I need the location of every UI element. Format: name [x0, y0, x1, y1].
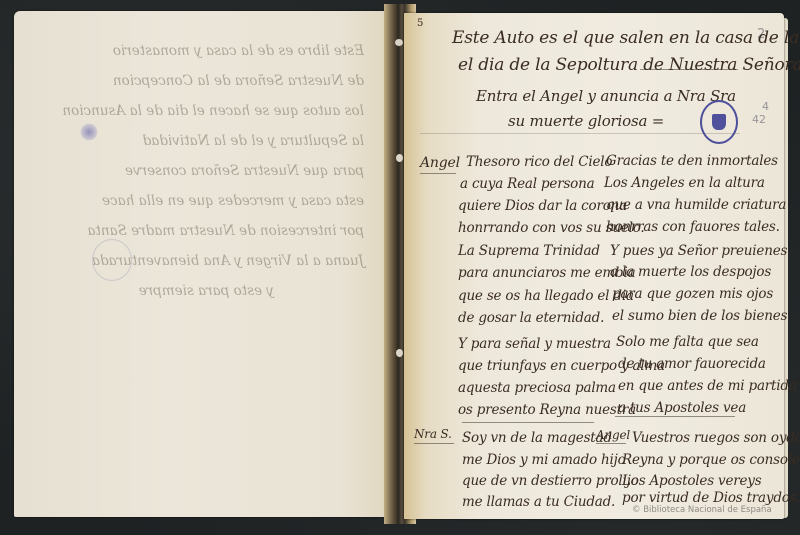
verse-line: que a vna humilde criatura — [606, 197, 786, 213]
copyright-watermark: © Biblioteca Nacional de España — [632, 505, 772, 515]
verse-line: La Suprema Trinidad — [458, 243, 600, 259]
verse-line: Solo me falta que sea — [616, 334, 759, 350]
crest-icon — [712, 114, 726, 130]
speaker-underline — [420, 173, 456, 174]
bleed-line: esta casa y mercedes que en ella hace — [59, 186, 364, 216]
verse-line: quiere Dios dar la corona — [458, 198, 627, 214]
verse-line: honrras con fauores tales. — [606, 219, 780, 235]
stanza-rule — [615, 416, 735, 417]
verse-line: por virtud de Dios traydos. — [622, 490, 800, 506]
section-rule — [420, 133, 740, 134]
pencil-number: 42 — [752, 113, 766, 126]
speaker-label: Nra S. — [414, 427, 452, 441]
verse-line: Vuestros ruegos son oydos — [632, 430, 800, 446]
verse-line: a cuya Real persona — [460, 176, 594, 192]
verse-line: a tus Apostoles vea — [618, 400, 746, 416]
verse-line: os presento Reyna nuestra — [458, 402, 636, 418]
verse-line: Reyna y porque os consoleys — [622, 452, 800, 468]
verse-line: Thesoro rico del Cielo — [466, 154, 612, 170]
verse-line: Y para señal y muestra — [458, 336, 611, 352]
speaker-label: Angel — [420, 155, 460, 171]
verse-line: Los Angeles en la altura — [604, 175, 765, 191]
verse-line: en que antes de mi partida — [618, 378, 797, 394]
verse-line: de gosar la eternidad. — [458, 310, 604, 326]
speaker-label: Angel — [596, 428, 630, 442]
bleed-line: los autos que se hacen el dia de la Asun… — [59, 96, 364, 126]
verse-line: Soy vn de la magestad — [462, 430, 612, 446]
play-title-line-1: Este Auto es el que salen en la casa de … — [452, 28, 800, 48]
stage-direction-line-2: su muerte gloriosa = — [508, 112, 664, 130]
verse-line: de tu amor fauorecida — [618, 356, 766, 372]
play-title-line-2: el dia de la Sepoltura de Nuestra Señora — [458, 55, 800, 75]
verse-line: Los Apostoles vereys — [622, 473, 761, 489]
stanza-rule — [462, 422, 594, 423]
verse-line: aquesta preciosa palma — [458, 380, 616, 396]
pencil-number: 4 — [762, 100, 769, 113]
binding-knot — [395, 39, 403, 46]
bleed-line: para que Nuestra Señora conserve — [59, 156, 364, 186]
verse-line: para que gozen mis ojos — [612, 286, 773, 302]
verse-line: me Dios y mi amado hijo — [462, 452, 626, 468]
verse-line: que se os ha llegado el dia — [458, 288, 634, 304]
bleed-line: de Nuestra Señora de la Concepcion — [59, 66, 364, 96]
library-stamp — [700, 100, 738, 144]
flourish-rule — [640, 69, 738, 70]
bleed-line: Este libro es de la casa y monasterio — [59, 36, 364, 66]
ink-stain — [80, 123, 98, 141]
ghost-stamp-bleed — [92, 239, 132, 281]
verse-line: el sumo bien de los bienes — [612, 308, 787, 324]
verse-line: para anunciaros me embia — [458, 265, 635, 281]
verse-line: me llamas a tu Ciudad. — [462, 494, 615, 510]
stage-direction-line-1: Entra el Angel y anuncia a Nra Sra — [476, 87, 736, 105]
bleed-line: y esto para siempre — [59, 276, 364, 306]
left-page-verso: Este libro es de la casa y monasterio de… — [14, 11, 397, 517]
verse-line: Gracias te den inmortales — [606, 153, 778, 169]
speaker-underline — [414, 443, 454, 444]
bleed-line: la Sepultura y el de la Natividad — [59, 126, 364, 156]
speaker-underline — [596, 443, 626, 444]
verse-line: que de vn destierro prolijo — [462, 473, 639, 489]
folio-number: 5 — [417, 18, 423, 29]
verse-line: a la muerte los despojos — [610, 264, 771, 280]
verse-line: Y pues ya Señor preuienes — [610, 243, 787, 259]
